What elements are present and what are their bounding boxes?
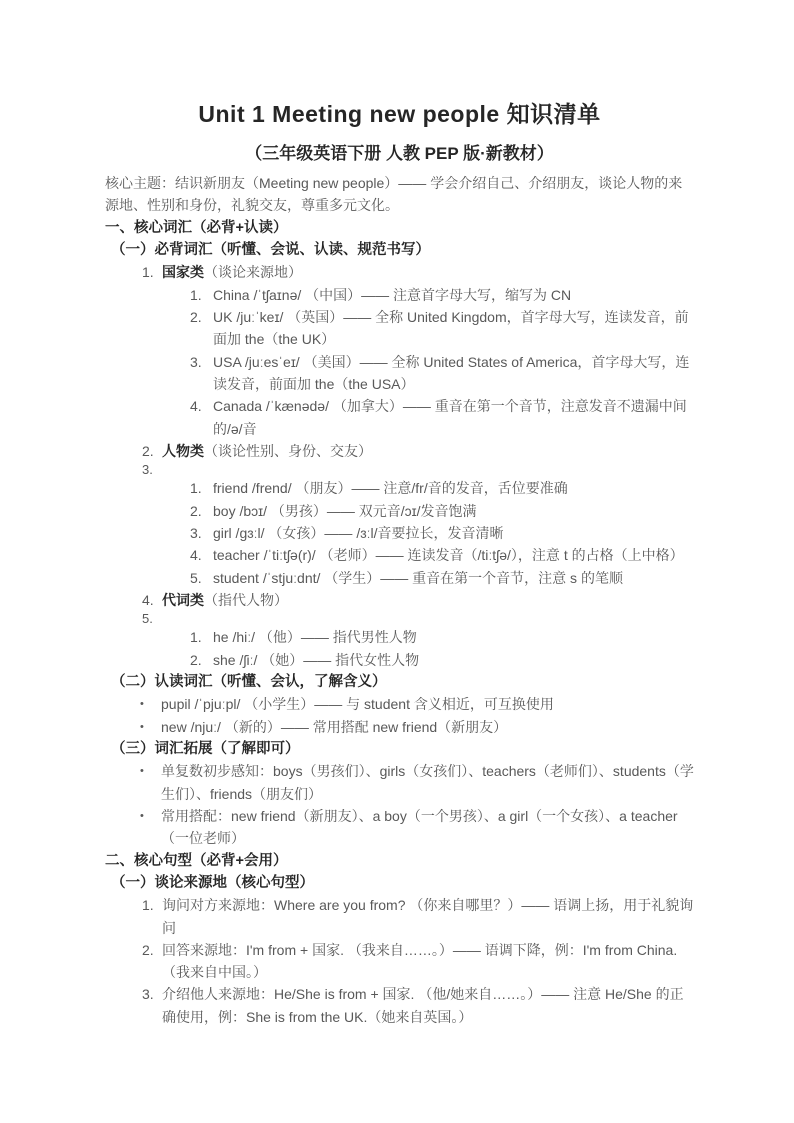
word-item-friend: 1. friend /frend/ （朋友）—— 注意/fr/音的发音，舌位要准… — [105, 477, 694, 499]
doc-title: Unit 1 Meeting new people 知识清单 — [105, 100, 694, 128]
word-item-she: 2. she /ʃiː/ （她）—— 指代女性人物 — [105, 649, 694, 671]
list-item-group-countries: 1. 国家类（谈论来源地） — [105, 261, 694, 283]
list-number: 2. — [142, 440, 162, 462]
word-text: she /ʃiː/ （她）—— 指代女性人物 — [213, 649, 694, 671]
word-item-boy: 2. boy /bɔɪ/ （男孩）—— 双元音/ɔɪ/发音饱满 — [105, 500, 694, 522]
sentence-text: 介绍他人来源地：He/She is from + 国家. （他/她来自……。）—… — [162, 983, 694, 1028]
group-label: 代词类 — [162, 592, 204, 608]
list-number: 3. — [190, 351, 213, 373]
bullet-icon: • — [140, 760, 161, 782]
group-note: （谈论来源地） — [204, 264, 302, 280]
section-heading-core-vocab: 一、核心词汇（必背+认读） — [105, 217, 694, 239]
word-text: Canada /ˈkænədə/ （加拿大）—— 重音在第一个音节，注意发音不遗… — [213, 395, 694, 440]
list-number: 5. — [190, 567, 213, 589]
list-number: 1. — [142, 894, 162, 916]
group-label: 人物类 — [162, 443, 204, 459]
bullet-text: pupil /ˈpjuːpl/ （小学生）—— 与 student 含义相近，可… — [161, 693, 694, 715]
list-number: 1. — [142, 261, 162, 283]
sentence-item-introduce-origin: 3. 介绍他人来源地：He/She is from + 国家. （他/她来自……… — [105, 983, 694, 1028]
word-text: girl /ɡɜːl/ （女孩）—— /ɜːl/音要拉长，发音清晰 — [213, 522, 694, 544]
subsection-heading-extend: （三）词汇拓展（了解即可） — [105, 738, 694, 760]
sentence-text: 询问对方来源地：Where are you from? （你来自哪里？）—— 语… — [162, 894, 694, 939]
word-text: he /hiː/ （他）—— 指代男性人物 — [213, 626, 694, 648]
word-item-girl: 3. girl /ɡɜːl/ （女孩）—— /ɜːl/音要拉长，发音清晰 — [105, 522, 694, 544]
sentence-item-answer-origin: 2. 回答来源地：I'm from + 国家. （我来自……。）—— 语调下降，… — [105, 939, 694, 984]
list-number: 1. — [190, 626, 213, 648]
bullet-icon: • — [140, 716, 161, 738]
list-item-empty-5: 5. — [105, 611, 694, 626]
word-text: UK /juːˈkeɪ/ （英国）—— 全称 United Kingdom，首字… — [213, 306, 694, 351]
group-note: （谈论性别、身份、交友） — [204, 443, 372, 459]
list-number: 4. — [190, 395, 213, 417]
list-number: 2. — [190, 649, 213, 671]
bullet-text: 单复数初步感知：boys（男孩们）、girls（女孩们）、teachers（老师… — [161, 760, 694, 805]
word-item-student: 5. student /ˈstjuːdnt/ （学生）—— 重音在第一个音节，注… — [105, 567, 694, 589]
list-number: 2. — [190, 500, 213, 522]
word-item-teacher: 4. teacher /ˈtiːtʃə(r)/ （老师）—— 连读发音（/tiː… — [105, 544, 694, 566]
word-item-uk: 2. UK /juːˈkeɪ/ （英国）—— 全称 United Kingdom… — [105, 306, 694, 351]
bullet-icon: • — [140, 693, 161, 715]
intro-paragraph: 核心主题：结识新朋友（Meeting new people）—— 学会介绍自己、… — [105, 172, 694, 217]
word-item-he: 1. he /hiː/ （他）—— 指代男性人物 — [105, 626, 694, 648]
word-text: boy /bɔɪ/ （男孩）—— 双元音/ɔɪ/发音饱满 — [213, 500, 694, 522]
subsection-heading-must-learn: （一）必背词汇（听懂、会说、认读、规范书写） — [105, 239, 694, 261]
list-number: 1. — [190, 284, 213, 306]
section-heading-core-sentences: 二、核心句型（必背+会用） — [105, 850, 694, 872]
subsection-heading-recognize: （二）认读词汇（听懂、会认，了解含义） — [105, 671, 694, 693]
list-item-group-pronouns: 4. 代词类（指代人物） — [105, 589, 694, 611]
word-text: student /ˈstjuːdnt/ （学生）—— 重音在第一个音节，注意 s… — [213, 567, 694, 589]
list-number: 4. — [142, 589, 162, 611]
list-number: 3. — [190, 522, 213, 544]
list-number: 3. — [142, 983, 162, 1005]
list-number: 1. — [190, 477, 213, 499]
group-label: 国家类 — [162, 264, 204, 280]
bullet-icon: • — [140, 805, 161, 827]
list-item-group-people: 2. 人物类（谈论性别、身份、交友） — [105, 440, 694, 462]
word-text: USA /juːesˈeɪ/ （美国）—— 全称 United States o… — [213, 351, 694, 396]
list-number: 5. — [142, 611, 162, 626]
doc-subtitle: （三年级英语下册 人教 PEP 版·新教材） — [105, 142, 694, 166]
list-number: 4. — [190, 544, 213, 566]
document-page: Unit 1 Meeting new people 知识清单 （三年级英语下册 … — [0, 0, 794, 1123]
bullet-item-pupil: • pupil /ˈpjuːpl/ （小学生）—— 与 student 含义相近… — [105, 693, 694, 715]
bullet-item-plural: • 单复数初步感知：boys（男孩们）、girls（女孩们）、teachers（… — [105, 760, 694, 805]
subsection-heading-origin: （一）谈论来源地（核心句型） — [105, 872, 694, 894]
word-item-china: 1. China /ˈtʃaɪnə/ （中国）—— 注意首字母大写，缩写为 CN — [105, 284, 694, 306]
word-item-canada: 4. Canada /ˈkænədə/ （加拿大）—— 重音在第一个音节，注意发… — [105, 395, 694, 440]
word-text: teacher /ˈtiːtʃə(r)/ （老师）—— 连读发音（/tiːtʃə… — [213, 544, 694, 566]
list-number: 2. — [190, 306, 213, 328]
bullet-item-new: • new /njuː/ （新的）—— 常用搭配 new friend（新朋友） — [105, 716, 694, 738]
word-item-usa: 3. USA /juːesˈeɪ/ （美国）—— 全称 United State… — [105, 351, 694, 396]
bullet-text: new /njuː/ （新的）—— 常用搭配 new friend（新朋友） — [161, 716, 694, 738]
group-note: （指代人物） — [204, 592, 288, 608]
list-number: 2. — [142, 939, 162, 961]
bullet-text: 常用搭配：new friend（新朋友）、a boy（一个男孩）、a girl（… — [161, 805, 694, 850]
word-text: friend /frend/ （朋友）—— 注意/fr/音的发音，舌位要准确 — [213, 477, 694, 499]
word-text: China /ˈtʃaɪnə/ （中国）—— 注意首字母大写，缩写为 CN — [213, 284, 694, 306]
sentence-item-ask-origin: 1. 询问对方来源地：Where are you from? （你来自哪里？）—… — [105, 894, 694, 939]
bullet-item-collocation: • 常用搭配：new friend（新朋友）、a boy（一个男孩）、a gir… — [105, 805, 694, 850]
sentence-text: 回答来源地：I'm from + 国家. （我来自……。）—— 语调下降，例：I… — [162, 939, 694, 984]
list-item-empty-3: 3. — [105, 462, 694, 477]
list-number: 3. — [142, 462, 162, 477]
